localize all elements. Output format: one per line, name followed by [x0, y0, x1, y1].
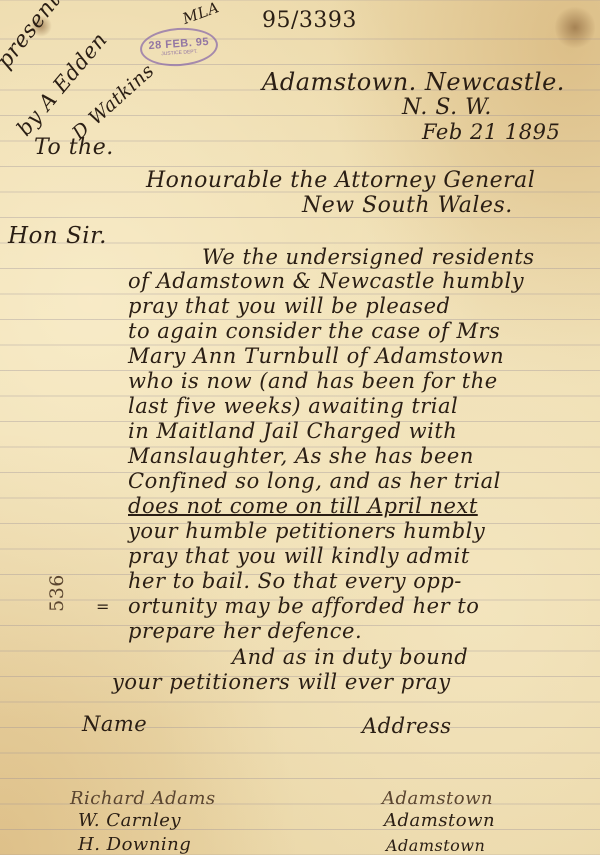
- body-line-underlined: does not come on till April next: [128, 494, 478, 518]
- body-line: Mary Ann Turnbull of Adamstown: [128, 344, 504, 368]
- body-line: ortunity may be afforded her to: [128, 594, 479, 618]
- signer-address: Adamstown: [382, 788, 493, 809]
- body-line: prepare her defence.: [128, 619, 362, 643]
- body-line: And as in duty bound: [232, 645, 468, 669]
- body-line: Confined so long, and as her trial: [128, 469, 501, 493]
- to-the: To the.: [34, 135, 114, 160]
- file-number: 95/3393: [262, 8, 357, 33]
- column-header-address: Address: [362, 714, 452, 738]
- signer-name: H. Downing: [78, 834, 191, 855]
- body-line: of Adamstown & Newcastle humbly: [128, 269, 524, 293]
- body-line: last five weeks) awaiting trial: [128, 394, 458, 418]
- signer-name: Richard Adams: [70, 788, 216, 809]
- body-line: your humble petitioners humbly: [128, 519, 485, 543]
- body-line: to again consider the case of Mrs: [128, 319, 500, 343]
- margin-dash: =: [96, 597, 110, 616]
- body-line: her to bail. So that every opp-: [128, 569, 462, 593]
- signer-address: Adamstown: [384, 810, 495, 831]
- petition-page: presented by A Edden D Watkins MLA 28 FE…: [0, 0, 600, 855]
- stamp-department: JUSTICE DEPT.: [161, 49, 198, 58]
- paper-stain: [555, 5, 595, 50]
- addressee-line-1: Honourable the Attorney General: [146, 168, 535, 193]
- column-header-name: Name: [82, 712, 147, 736]
- body-line: pray that you will kindly admit: [128, 544, 470, 568]
- signer-address: Adamstown: [386, 836, 485, 855]
- body-line: Manslaughter, As she has been: [128, 444, 474, 468]
- signer-name: W. Carnley: [78, 810, 181, 831]
- place-line-1: Adamstown. Newcastle.: [262, 68, 565, 96]
- body-line: in Maitland Jail Charged with: [128, 419, 457, 443]
- addressee-line-2: New South Wales.: [302, 193, 513, 218]
- body-line: We the undersigned residents: [202, 245, 535, 269]
- place-line-2: N. S. W.: [402, 95, 492, 120]
- body-line: your petitioners will ever pray: [112, 670, 451, 694]
- margin-folio-number: 536: [46, 574, 68, 612]
- body-line: pray that you will be pleased: [128, 294, 450, 318]
- body-line: who is now (and has been for the: [128, 369, 498, 393]
- greeting: Hon Sir.: [8, 223, 107, 249]
- letter-date: Feb 21 1895: [422, 120, 560, 144]
